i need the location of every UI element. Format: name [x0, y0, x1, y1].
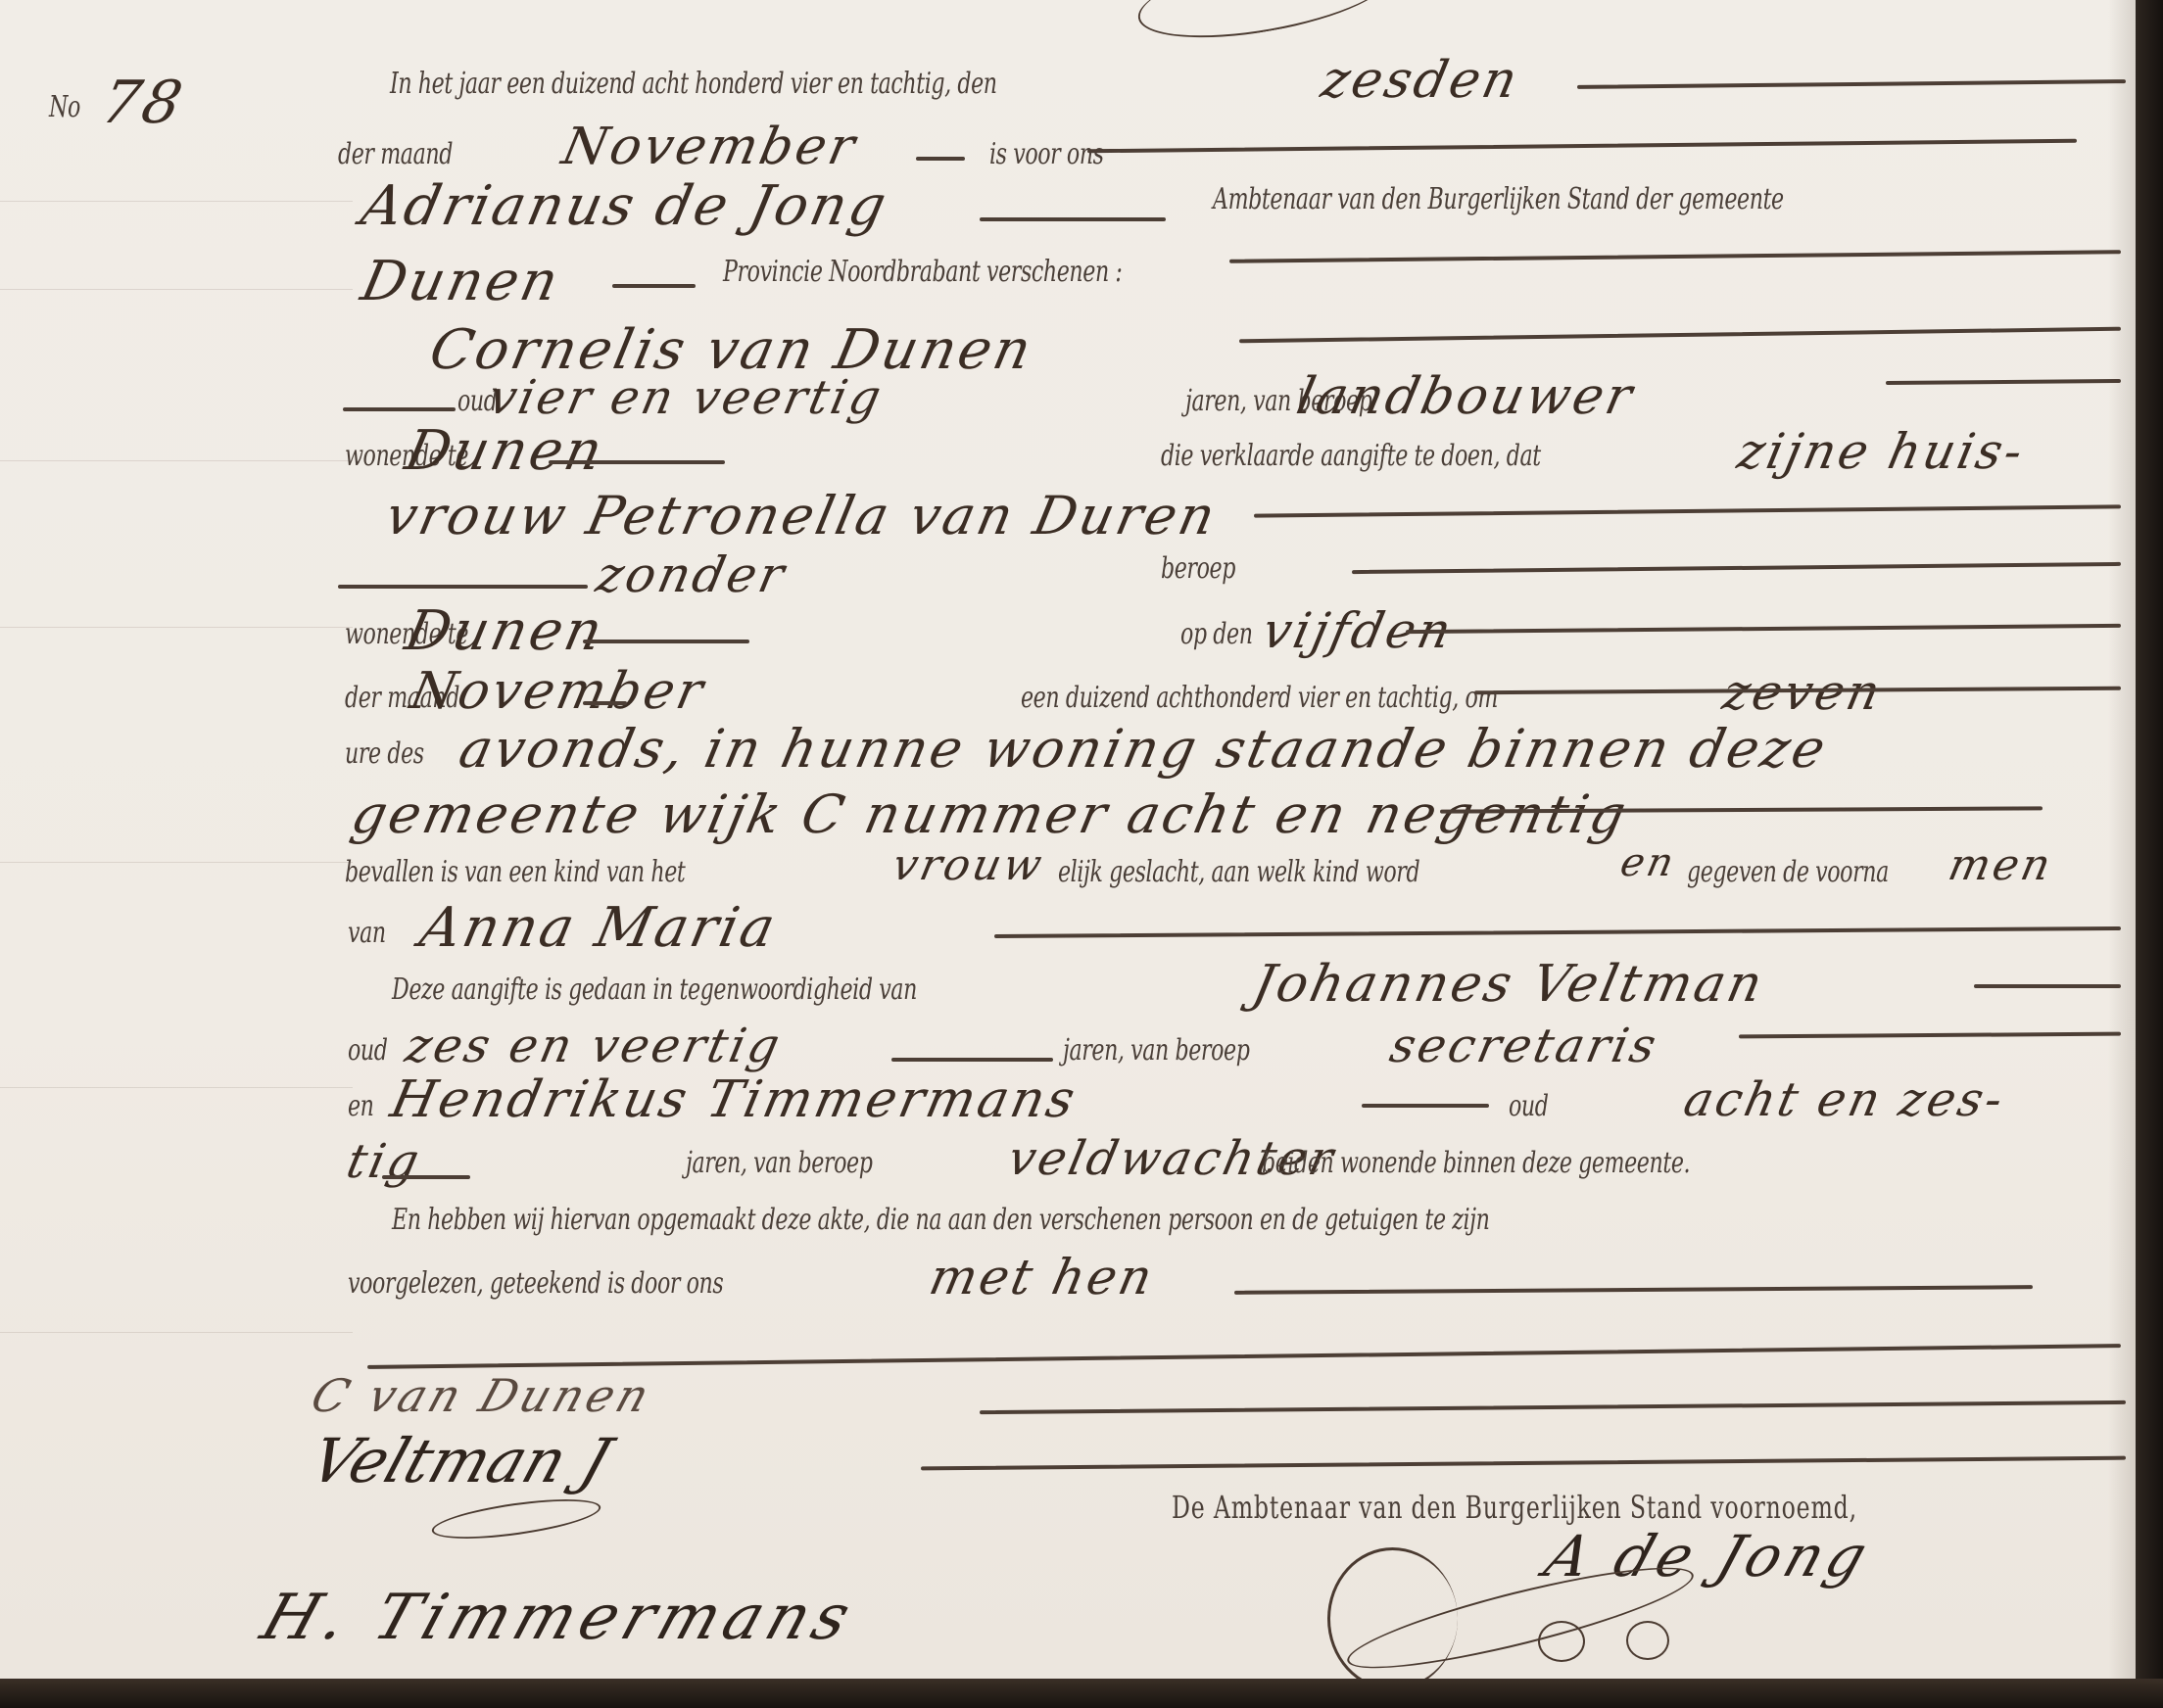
printed-text: van [348, 916, 386, 950]
handwritten-witness-2-name: Hendrikus Timmermans [386, 1070, 1082, 1129]
printed-text: is voor ons [989, 137, 1104, 171]
fill-rule [891, 1058, 1053, 1062]
handwritten-plural-suffix: en [1616, 840, 1680, 885]
fill-rule [382, 1175, 470, 1179]
handwritten-mother-occupation: zonder [592, 546, 792, 603]
fill-rule [1239, 327, 2121, 344]
fill-rule [1352, 562, 2121, 574]
printed-text: oud [348, 1033, 388, 1067]
official-label: De Ambtenaar van den Burgerlijken Stand … [1172, 1489, 1857, 1526]
page-bottom-shadow [0, 1679, 2163, 1708]
margin-rule [0, 1332, 353, 1333]
printed-text: Ambtenaar van den Burgerlijken Stand der… [1213, 182, 1784, 216]
handwritten-witness-1-name: Johannes Veltman [1248, 955, 1770, 1014]
printed-text: gegeven de voorna [1687, 855, 1889, 889]
fill-rule [1974, 984, 2121, 988]
handwritten-municipality: Dunen [356, 250, 566, 313]
fill-rule [1234, 1285, 2033, 1295]
handwritten-birth-month: November [406, 662, 711, 721]
fill-rule [338, 585, 588, 589]
handwritten-birth-address: gemeente wijk C nummer acht en negentig [346, 783, 1634, 845]
handwritten-birth-time-place: avonds, in hunne woning staande binnen d… [454, 718, 1833, 780]
margin-rule [0, 627, 353, 628]
fill-rule [1886, 379, 2121, 385]
handwritten-month: November [557, 118, 863, 176]
fill-rule [583, 640, 749, 643]
printed-text: die verklaarde aangifte te doen, dat [1161, 439, 1541, 473]
page-edge-shadow [2136, 0, 2163, 1708]
fill-rule [1362, 1104, 1489, 1108]
printed-text: Deze aangifte is gedaan in tegenwoordigh… [392, 973, 917, 1007]
margin-rule [0, 862, 353, 863]
signature-witness-2: H. Timmermans [253, 1582, 864, 1654]
handwritten-mother-name: vrouw Petronella van Duren [380, 485, 1223, 546]
fill-rule [343, 407, 456, 411]
signature-official-loop [1538, 1621, 1585, 1662]
fill-rule [367, 1344, 2121, 1369]
fill-rule [994, 926, 2121, 938]
printed-text: beiden wonende binnen deze gemeente. [1262, 1146, 1690, 1180]
handwritten-child-sex: vrouw [889, 840, 1049, 890]
fill-rule [916, 157, 965, 161]
handwritten-witness-1-occupation: secretaris [1385, 1019, 1663, 1073]
signature-official-loop-2 [1626, 1621, 1669, 1660]
record-number: 78 [96, 69, 191, 137]
printed-text: En hebben wij hiervan opgemaakt deze akt… [392, 1203, 1489, 1237]
handwritten-witness-1-age: zes en veertig [401, 1019, 787, 1073]
fill-rule [980, 1400, 2126, 1414]
printed-text: Provincie Noordbrabant verschenen : [723, 255, 1122, 289]
fill-rule [1739, 1032, 2121, 1039]
printed-text: jaren, van beroep [1063, 1033, 1249, 1067]
fill-rule [1577, 79, 2126, 89]
handwritten-child-name: Anna Maria [414, 896, 783, 960]
fill-rule [1087, 139, 2077, 154]
printed-text: jaren, van beroep [686, 1146, 872, 1180]
register-page: No 78 In het jaar een duizend acht honde… [0, 0, 2138, 1683]
signature-flourish [430, 1492, 603, 1546]
handwritten-relation: zijne huis- [1733, 423, 2031, 480]
handwritten-day: zesden [1317, 51, 1525, 110]
printed-text: In het jaar een duizend acht honderd vie… [390, 67, 997, 101]
margin-rule [0, 1087, 353, 1088]
printed-text: der maand [338, 137, 453, 171]
handwritten-witness-2-age-cont: tig [342, 1134, 426, 1189]
printed-text: elijk geslacht, aan welk kind word [1058, 855, 1419, 889]
printed-text: op den [1180, 617, 1253, 651]
margin-rule [0, 289, 353, 290]
handwritten-declarant-age: vier en veertig [484, 370, 889, 425]
signature-declarant: C van Dunen [305, 1369, 659, 1422]
printed-text: oud [1509, 1089, 1549, 1123]
fill-rule [583, 701, 627, 705]
handwritten-declarant-residence: Dunen [400, 419, 610, 483]
printed-text: bevallen is van een kind van het [345, 855, 685, 889]
printed-text: ure des [345, 736, 424, 771]
handwritten-plural-suffix-2: men [1945, 840, 2058, 890]
margin-rule [0, 460, 353, 461]
handwritten-declarant-occupation: landbouwer [1292, 367, 1640, 426]
margin-rule [0, 201, 353, 202]
fill-rule [549, 460, 725, 464]
fill-rule [612, 284, 696, 288]
record-number-label: No [49, 90, 80, 124]
fill-rule [1229, 250, 2121, 263]
handwritten-signed-with: met hen [925, 1249, 1160, 1305]
signature-witness-1: Veltman J [302, 1425, 620, 1496]
printed-text: beroep [1161, 551, 1235, 586]
handwritten-mother-residence: Dunen [400, 599, 610, 663]
top-flourish [1132, 0, 1398, 53]
handwritten-official-name: Adrianus de Jong [356, 174, 894, 238]
printed-text: en [348, 1089, 374, 1123]
printed-text: een duizend achthonderd vier en tachtig,… [1021, 681, 1498, 715]
handwritten-witness-2-age: acht en zes- [1679, 1072, 2010, 1127]
fill-rule [921, 1456, 2126, 1471]
fill-rule [980, 217, 1166, 221]
fill-rule [1254, 504, 2121, 517]
printed-text: voorgelezen, geteekend is door ons [348, 1266, 723, 1301]
fill-rule [1406, 624, 2121, 634]
